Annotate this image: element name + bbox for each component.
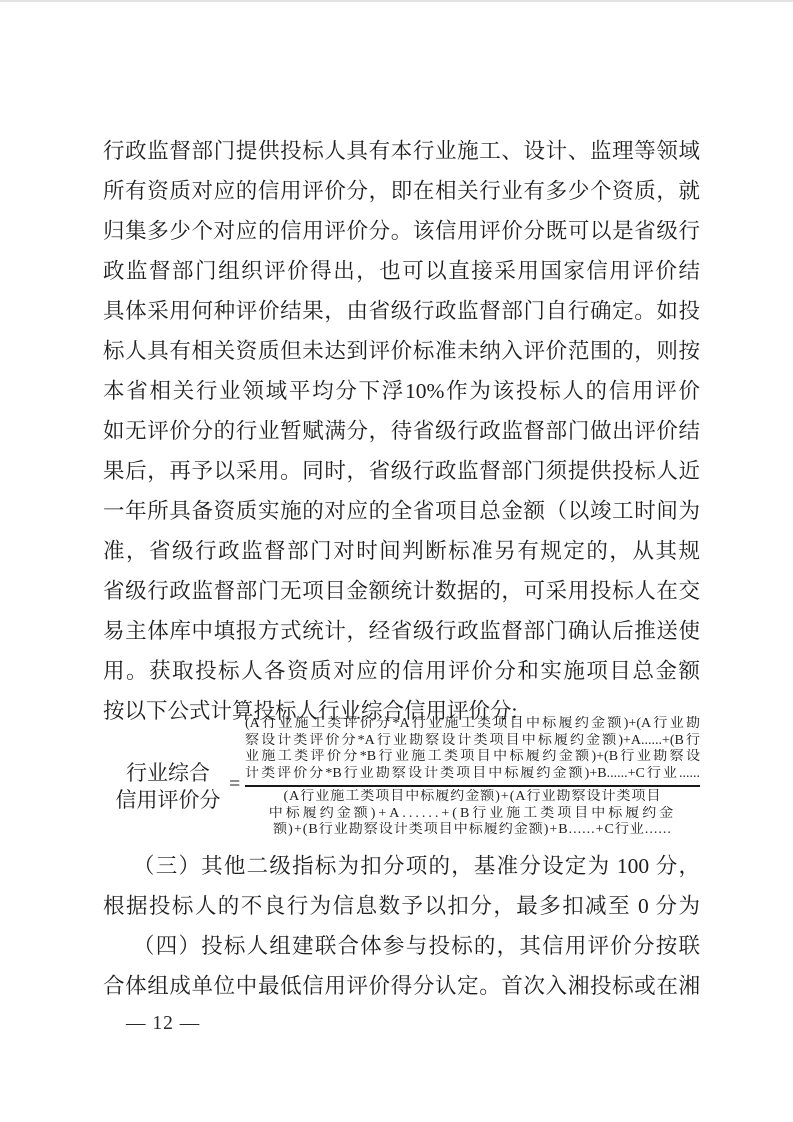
body-line: 一年所具备资质实施的对应的全省项目总金额（以竣工时间为 (103, 491, 700, 531)
main-paragraph: 行政监督部门提供投标人具有本行业施工、设计、监理等领域 所有资质对应的信用评价分… (103, 131, 700, 731)
fraction-denominator: (A行业施工类项目中标履约金额)+(A行业勘察设计类项目 中标履约金额)+A..… (245, 789, 700, 839)
bottom-paragraphs: （三）其他二级指标为扣分项的，基准分设定为 100 分， 根据投标人的不良行为信… (103, 846, 700, 1006)
page-number: — 12 — (126, 1010, 200, 1038)
scan-edge-artifact (0, 0, 793, 2)
fraction-numerator: (A行业施工类评价分*A行业施工类项目中标履约金额)+(A行业勘 察设计类评价分… (245, 716, 700, 782)
credit-score-formula: 行业综合 信用评价分 = (A行业施工类评价分*A行业施工类项目中标履约金额)+… (103, 716, 700, 854)
fraction-bar (245, 785, 700, 787)
item4-line: 合体组成单位中最低信用评价得分认定。首次入湘投标或在湘 (103, 966, 700, 1006)
denominator-line: 额)+(B行业勘察设计类项目中标履约金额)+B......+C行业...... (245, 822, 700, 839)
body-line: 果后，再予以采用。同时，省级行政监督部门须提供投标人近 (103, 451, 700, 491)
body-line: 标人具有相关资质但未达到评价标准未纳入评价范围的，则按 (103, 331, 700, 371)
numerator-line: 业施工类评价分*B行业施工类项目中标履约金额)+(B行业勘察设 (245, 749, 700, 766)
body-line: 如无评价分的行业暂赋满分，待省级行政监督部门做出评价结 (103, 411, 700, 451)
item3-line: （三）其他二级指标为扣分项的，基准分设定为 100 分， (103, 846, 700, 886)
equals-sign: = (229, 773, 240, 796)
document-page: 行政监督部门提供投标人具有本行业施工、设计、监理等领域 所有资质对应的信用评价分… (0, 0, 793, 1122)
body-line: 归集多少个对应的信用评价分。该信用评价分既可以是省级行 (103, 211, 700, 251)
numerator-line: (A行业施工类评价分*A行业施工类项目中标履约金额)+(A行业勘 (245, 716, 700, 733)
formula-label-line: 行业综合 (109, 760, 227, 787)
fraction: (A行业施工类评价分*A行业施工类项目中标履约金额)+(A行业勘 察设计类评价分… (245, 716, 700, 839)
item3-line: 根据投标人的不良行为信息数予以扣分，最多扣减至 0 分为止。 (103, 886, 700, 926)
body-line: 行政监督部门提供投标人具有本行业施工、设计、监理等领域 (103, 131, 700, 171)
denominator-line: 中标履约金额)+A......+(B行业施工类项目中标履约金 (245, 806, 700, 823)
body-line: 易主体库中填报方式统计，经省级行政监督部门确认后推送使 (103, 611, 700, 651)
numerator-line: 察设计类评价分*A行业勘察设计类项目中标履约金额)+A......+(B行 (245, 733, 700, 750)
item4-line: （四）投标人组建联合体参与投标的，其信用评价分按联 (103, 926, 700, 966)
body-line: 用。获取投标人各资质对应的信用评价分和实施项目总金额后， (103, 651, 700, 691)
formula-label: 行业综合 信用评价分 (109, 760, 227, 814)
body-line: 具体采用何种评价结果，由省级行政监督部门自行确定。如投 (103, 291, 700, 331)
body-line: 本省相关行业领域平均分下浮10%作为该投标人的信用评价分。 (103, 371, 700, 411)
body-line: 所有资质对应的信用评价分，即在相关行业有多少个资质，就 (103, 171, 700, 211)
body-line: 准，省级行政监督部门对时间判断标准另有规定的，从其规定）， (103, 531, 700, 571)
numerator-line: 计类评价分*B行业勘察设计类项目中标履约金额)+B......+C行业.....… (245, 766, 700, 783)
body-line: 省级行政监督部门无项目金额统计数据的，可采用投标人在交 (103, 571, 700, 611)
denominator-line: (A行业施工类项目中标履约金额)+(A行业勘察设计类项目 (245, 789, 700, 806)
formula-label-line: 信用评价分 (109, 787, 227, 814)
body-line: 政监督部门组织评价得出，也可以直接采用国家信用评价结果， (103, 251, 700, 291)
